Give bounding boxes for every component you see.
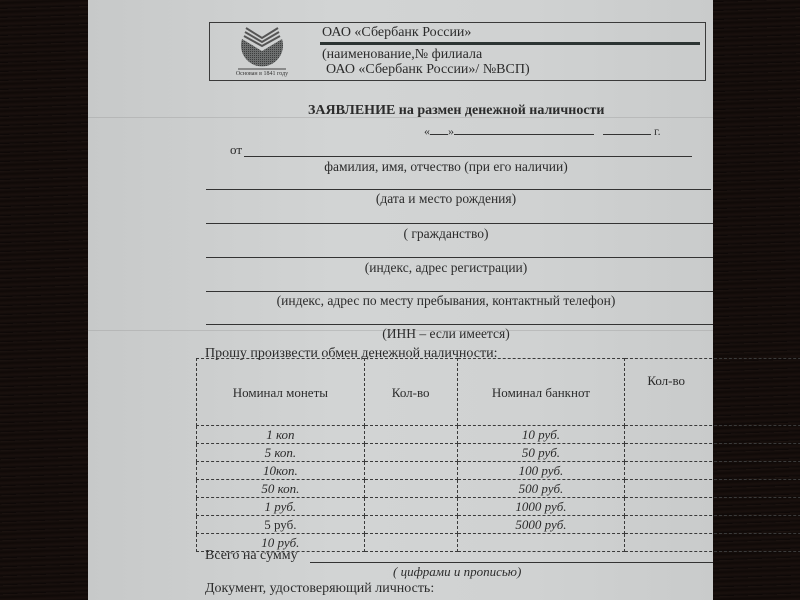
banknote-denomination: 1000 руб. (457, 498, 625, 516)
coin-quantity-input[interactable] (364, 498, 457, 516)
sberbank-logo-icon (216, 25, 308, 71)
coin-quantity-input[interactable] (364, 480, 457, 498)
coin-denomination: 1 коп (197, 426, 365, 444)
coin-quantity-input[interactable] (364, 534, 457, 552)
coin-denomination: 50 коп. (197, 480, 365, 498)
banknote-quantity-input[interactable] (625, 516, 800, 534)
table-row: 10коп. 100 руб. (197, 462, 800, 480)
banknote-denomination: 50 руб. (457, 444, 625, 462)
day-input[interactable] (430, 134, 448, 135)
table-row: 5 руб. 5000 руб. (197, 516, 800, 534)
coin-quantity-input[interactable] (364, 516, 457, 534)
inn-caption: (ИНН – если имеется) (206, 326, 686, 342)
banknote-quantity-input[interactable] (625, 426, 800, 444)
citizenship-caption: ( гражданство) (206, 226, 686, 242)
inn-input[interactable] (206, 324, 713, 325)
coin-quantity-input[interactable] (364, 444, 457, 462)
identity-document-label: Документ, удостоверяющий личность: (205, 581, 434, 597)
full-name-caption: фамилия, имя, отчество (при его наличии) (206, 159, 686, 175)
banknote-denomination: 500 руб. (457, 480, 625, 498)
coin-denomination: 5 руб. (197, 516, 365, 534)
coin-denomination: 1 руб. (197, 498, 365, 516)
registration-address-caption: (индекс, адрес регистрации) (206, 260, 686, 276)
citizenship-input[interactable] (206, 223, 713, 224)
birth-caption: (дата и место рождения) (206, 191, 686, 207)
header-banknote-denomination: Номинал банкнот (457, 359, 625, 426)
banknote-denomination: 100 руб. (457, 462, 625, 480)
banknote-denomination: 5000 руб. (457, 516, 625, 534)
from-label: от (230, 142, 242, 158)
application-form-paper: Основан в 1841 году ОАО «Сбербанк России… (88, 0, 713, 600)
total-amount-hint: ( цифрами и прописью) (393, 564, 521, 580)
logo-caption: Основан в 1841 году (216, 71, 308, 77)
coin-quantity-input[interactable] (364, 426, 457, 444)
header-divider (320, 42, 700, 45)
form-title: ЗАЯВЛЕНИЕ на размен денежной наличности (308, 103, 728, 119)
date-close-quote: » (448, 124, 454, 138)
date-open-quote: « (424, 124, 430, 138)
date-field: «» г. (424, 124, 661, 139)
sberbank-logo: Основан в 1841 году (216, 25, 308, 77)
table-row: 1 коп 10 руб. (197, 426, 800, 444)
coin-denomination: 5 коп. (197, 444, 365, 462)
banknote-quantity-input[interactable] (625, 462, 800, 480)
banknote-denomination: 10 руб. (457, 426, 625, 444)
month-input[interactable] (454, 134, 594, 135)
registration-address-input[interactable] (206, 257, 713, 258)
coin-denomination: 10коп. (197, 462, 365, 480)
table-row: 50 коп. 500 руб. (197, 480, 800, 498)
branch-caption-line-1: (наименование,№ филиала (322, 47, 482, 63)
total-amount-input[interactable] (310, 562, 713, 563)
header-coin-quantity: Кол-во (364, 359, 457, 426)
header-coin-denomination: Номинал монеты (197, 359, 365, 426)
year-suffix: г. (654, 124, 661, 138)
full-name-input[interactable] (244, 156, 692, 157)
coin-quantity-input[interactable] (364, 462, 457, 480)
branch-caption-line-2: ОАО «Сбербанк России»/ №ВСП) (326, 62, 530, 78)
table-row: 1 руб. 1000 руб. (197, 498, 800, 516)
table-header-row: Номинал монеты Кол-во Номинал банкнот Ко… (197, 359, 800, 426)
header-banknote-quantity: Кол-во (625, 359, 800, 426)
organization-name: ОАО «Сбербанк России» (322, 25, 471, 41)
denomination-table: Номинал монеты Кол-во Номинал банкнот Ко… (196, 358, 800, 552)
banknote-quantity-input[interactable] (625, 498, 800, 516)
residence-address-caption: (индекс, адрес по месту пребывания, конт… (206, 293, 686, 309)
banknote-denomination (457, 534, 625, 552)
banknote-quantity-input[interactable] (625, 480, 800, 498)
banknote-quantity-input[interactable] (625, 534, 800, 552)
year-input[interactable] (603, 134, 651, 135)
bank-header: Основан в 1841 году ОАО «Сбербанк России… (209, 22, 706, 81)
total-amount-label: Всего на сумму (205, 548, 298, 564)
birth-input[interactable] (206, 189, 711, 190)
banknote-quantity-input[interactable] (625, 444, 800, 462)
residence-address-input[interactable] (206, 291, 713, 292)
table-row: 5 коп. 50 руб. (197, 444, 800, 462)
